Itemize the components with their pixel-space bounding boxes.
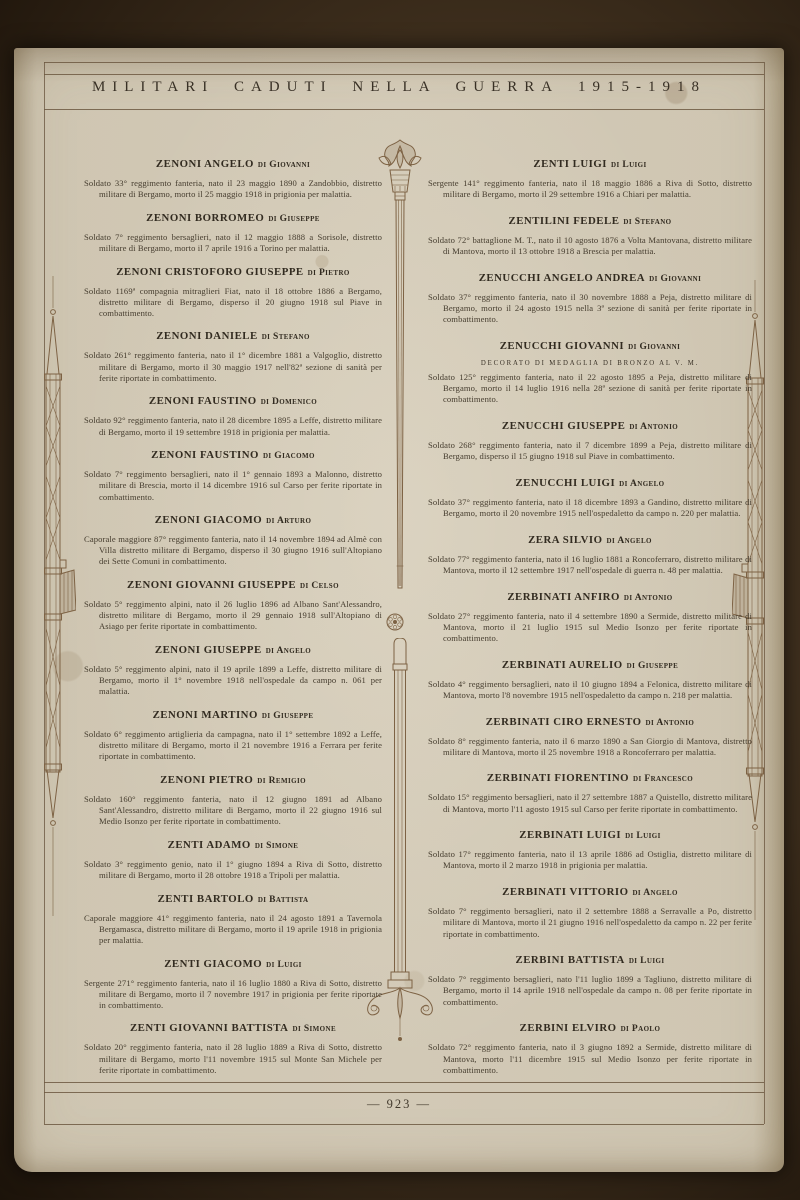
entry-name: ZENUCCHI GIUSEPPE — [502, 420, 625, 432]
entry-father: di Paolo — [621, 1024, 661, 1034]
entry-name: ZENTI GIACOMO — [164, 958, 262, 970]
entry-name: ZERBINATI LUIGI — [519, 829, 621, 841]
casualty-entry: ZERA SILVIO di Angelo Soldato 77° reggim… — [428, 530, 752, 576]
footer-rule-bottom — [44, 1124, 764, 1125]
casualty-entry: ZENUCCHI GIOVANNI di Giovanni DECORATO D… — [428, 336, 752, 406]
entry-father: di Angelo — [266, 646, 311, 656]
casualty-entry: ZENUCCHI LUIGI di Angelo Soldato 37° reg… — [428, 473, 752, 519]
entry-body: Soldato 37° reggimento fanteria, nato il… — [428, 292, 752, 326]
entry-father: di Giovanni — [628, 342, 680, 352]
casualty-entry: ZERBINATI ANFIRO di Antonio Soldato 27° … — [428, 587, 752, 645]
casualty-entry: ZERBINI ELVIRO di Paolo Soldato 72° regg… — [428, 1018, 752, 1076]
entry-body: Soldato 7° reggimento bersaglieri, nato … — [84, 232, 382, 254]
right-column: ZENTI LUIGI di Luigi Sergente 141° reggi… — [428, 154, 752, 1076]
casualty-entry: ZERBINATI AURELIO di Giuseppe Soldato 4°… — [428, 655, 752, 701]
entry-name: ZENTI LUIGI — [533, 158, 607, 170]
casualty-entry: ZENONI FAUSTINO di Domenico Soldato 92° … — [84, 391, 382, 437]
entry-name: ZENTILINI FEDELE — [509, 215, 620, 227]
entry-body: Soldato 4° reggimento bersaglieri, nato … — [428, 679, 752, 701]
entry-name: ZENONI GIOVANNI GIUSEPPE — [127, 579, 296, 591]
entry-heading: ZERBINATI VITTORIO di Angelo — [428, 882, 752, 900]
entry-father: di Luigi — [629, 956, 665, 966]
entry-father: di Giacomo — [263, 451, 315, 461]
entry-father: di Antonio — [624, 593, 673, 603]
casualty-entry: ZENONI MARTINO di Giuseppe Soldato 6° re… — [84, 705, 382, 763]
entry-father: di Celso — [300, 581, 339, 591]
entry-heading: ZERBINI BATTISTA di Luigi — [428, 950, 752, 968]
header-rule-outer — [44, 62, 764, 63]
entry-heading: ZENTI LUIGI di Luigi — [428, 154, 752, 172]
header-rule-inner — [44, 74, 764, 75]
casualty-entry: ZENTI ADAMO di Simone Soldato 3° reggime… — [84, 835, 382, 881]
entry-heading: ZENONI MARTINO di Giuseppe — [84, 705, 382, 723]
entry-father: di Stefano — [623, 217, 671, 227]
entry-heading: ZENTILINI FEDELE di Stefano — [428, 211, 752, 229]
casualty-entry: ZENONI GIOVANNI GIUSEPPE di Celso Soldat… — [84, 575, 382, 633]
entry-body: Caporale maggiore 41° reggimento fanteri… — [84, 913, 382, 947]
entry-body: Soldato 8° reggimento fanteria, nato il … — [428, 736, 752, 758]
entry-body: Caporale maggiore 87° reggimento fanteri… — [84, 534, 382, 568]
entry-father: di Giuseppe — [262, 711, 314, 721]
entry-name: ZENONI FAUSTINO — [149, 395, 257, 407]
casualty-entry: ZENTI BARTOLO di Battista Caporale maggi… — [84, 889, 382, 947]
fasces-left-ornament — [30, 276, 76, 916]
entry-father: di Angelo — [619, 479, 664, 489]
entry-father: di Antonio — [646, 718, 695, 728]
entry-name: ZENUCCHI GIOVANNI — [500, 340, 624, 352]
entry-heading: ZENONI BORROMEO di Giuseppe — [84, 208, 382, 226]
casualty-entry: ZENTILINI FEDELE di Stefano Soldato 72° … — [428, 211, 752, 257]
entry-name: ZERBINATI AURELIO — [502, 659, 623, 671]
entry-name: ZENONI FAUSTINO — [151, 449, 259, 461]
entry-father: di Giovanni — [258, 160, 310, 170]
entry-body: Soldato 3° reggimento genio, nato il 1° … — [84, 859, 382, 881]
entry-father: di Simone — [292, 1024, 336, 1034]
casualty-entry: ZENONI BORROMEO di Giuseppe Soldato 7° r… — [84, 208, 382, 254]
entry-heading: ZENONI PIETRO di Remigio — [84, 770, 382, 788]
entry-heading: ZENUCCHI GIOVANNI di Giovanni — [428, 336, 752, 354]
footer-rule-outer — [44, 1082, 764, 1083]
entry-body: Soldato 77° reggimento fanteria, nato il… — [428, 554, 752, 576]
entry-body: Soldato 7° reggimento bersaglieri, nato … — [428, 906, 752, 940]
entry-body: Sergente 271° reggimento fanteria, nato … — [84, 978, 382, 1012]
casualty-entry: ZENONI GIUSEPPE di Angelo Soldato 5° reg… — [84, 640, 382, 698]
entry-father: di Remigio — [257, 776, 306, 786]
entry-body: Soldato 72° reggimento fanteria, nato il… — [428, 1042, 752, 1076]
entry-heading: ZERBINATI FIORENTINO di Francesco — [428, 768, 752, 786]
entry-body: Soldato 7° reggimento bersaglieri, nato … — [84, 469, 382, 503]
entry-father: di Stefano — [262, 332, 310, 342]
entry-father: di Pietro — [308, 268, 350, 278]
entry-heading: ZENTI GIOVANNI BATTISTA di Simone — [84, 1018, 382, 1036]
entry-body: Soldato 27° reggimento fanteria, nato il… — [428, 611, 752, 645]
casualty-entry: ZENUCCHI GIUSEPPE di Antonio Soldato 268… — [428, 416, 752, 462]
entry-name: ZENUCCHI LUIGI — [515, 477, 615, 489]
entry-body: Soldato 37° reggimento fanteria, nato il… — [428, 497, 752, 519]
entry-body: Soldato 15° reggimento bersaglieri, nato… — [428, 792, 752, 814]
casualty-entry: ZENONI CRISTOFORO GIUSEPPE di Pietro Sol… — [84, 262, 382, 320]
entry-body: Soldato 17° reggimento fanteria, nato il… — [428, 849, 752, 871]
entry-heading: ZERBINATI ANFIRO di Antonio — [428, 587, 752, 605]
left-column: ZENONI ANGELO di Giovanni Soldato 33° re… — [84, 154, 382, 1076]
entry-heading: ZENONI GIACOMO di Arturo — [84, 510, 382, 528]
entry-name: ZENONI BORROMEO — [146, 212, 264, 224]
entry-body: Soldato 5° reggimento alpini, nato il 26… — [84, 599, 382, 633]
rosette-ornament — [385, 612, 405, 632]
entry-name: ZENTI BARTOLO — [158, 893, 254, 905]
entry-body: Soldato 261° reggimento fanteria, nato i… — [84, 350, 382, 384]
entry-heading: ZERBINATI AURELIO di Giuseppe — [428, 655, 752, 673]
entry-father: di Antonio — [629, 422, 678, 432]
entry-father: di Giuseppe — [627, 661, 679, 671]
entry-father: di Luigi — [625, 831, 661, 841]
entry-name: ZENUCCHI ANGELO ANDREA — [479, 272, 645, 284]
casualty-entry: ZENONI FAUSTINO di Giacomo Soldato 7° re… — [84, 445, 382, 503]
entry-heading: ZENONI ANGELO di Giovanni — [84, 154, 382, 172]
entry-heading: ZERA SILVIO di Angelo — [428, 530, 752, 548]
entry-name: ZERBINI BATTISTA — [516, 954, 625, 966]
entry-name: ZERBINATI VITTORIO — [502, 886, 628, 898]
entry-body: Sergente 141° reggimento fanteria, nato … — [428, 178, 752, 200]
casualty-entry: ZENTI GIOVANNI BATTISTA di Simone Soldat… — [84, 1018, 382, 1076]
entry-decoration-note: DECORATO DI MEDAGLIA DI BRONZO AL V. M. — [428, 360, 752, 367]
entry-body: Soldato 5° reggimento alpini, nato il 19… — [84, 664, 382, 698]
entry-heading: ZENTI GIACOMO di Luigi — [84, 954, 382, 972]
casualty-entry: ZERBINATI LUIGI di Luigi Soldato 17° reg… — [428, 825, 752, 871]
casualty-entry: ZENTI GIACOMO di Luigi Sergente 271° reg… — [84, 954, 382, 1012]
entry-name: ZENTI ADAMO — [168, 839, 251, 851]
entry-heading: ZENONI GIUSEPPE di Angelo — [84, 640, 382, 658]
entry-name: ZENONI MARTINO — [153, 709, 258, 721]
entry-body: Soldato 72° battaglione M. T., nato il 1… — [428, 235, 752, 257]
entry-heading: ZENONI GIOVANNI GIUSEPPE di Celso — [84, 575, 382, 593]
entry-heading: ZENONI FAUSTINO di Domenico — [84, 391, 382, 409]
entry-name: ZENONI GIUSEPPE — [155, 644, 262, 656]
casualty-entry: ZENONI ANGELO di Giovanni Soldato 33° re… — [84, 154, 382, 200]
entry-father: di Simone — [255, 841, 299, 851]
entry-name: ZERBINATI ANFIRO — [507, 591, 620, 603]
entry-name: ZERBINI ELVIRO — [520, 1022, 617, 1034]
entry-name: ZENONI DANIELE — [156, 330, 258, 342]
entry-heading: ZERBINATI LUIGI di Luigi — [428, 825, 752, 843]
entry-name: ZENONI CRISTOFORO GIUSEPPE — [116, 266, 303, 278]
entry-body: Soldato 33° reggimento fanteria, nato il… — [84, 178, 382, 200]
entry-name: ZERBINATI FIORENTINO — [487, 772, 629, 784]
casualty-entry: ZERBINATI VITTORIO di Angelo Soldato 7° … — [428, 882, 752, 940]
casualty-entry: ZENONI GIACOMO di Arturo Caporale maggio… — [84, 510, 382, 568]
casualty-entry: ZENONI DANIELE di Stefano Soldato 261° r… — [84, 326, 382, 384]
entry-name: ZENONI ANGELO — [156, 158, 254, 170]
page-number: — 923 — — [14, 1097, 784, 1112]
entry-name: ZENTI GIOVANNI BATTISTA — [130, 1022, 289, 1034]
entry-heading: ZENONI FAUSTINO di Giacomo — [84, 445, 382, 463]
entry-name: ZENONI GIACOMO — [155, 514, 262, 526]
entry-heading: ZENONI CRISTOFORO GIUSEPPE di Pietro — [84, 262, 382, 280]
entry-father: di Angelo — [607, 536, 652, 546]
entry-name: ZENONI PIETRO — [160, 774, 253, 786]
entry-body: Soldato 268° reggimento fanteria, nato i… — [428, 440, 752, 462]
entry-father: di Angelo — [632, 888, 677, 898]
entry-body: Soldato 160° reggimento fanteria, nato i… — [84, 794, 382, 828]
entry-father: di Giuseppe — [268, 214, 320, 224]
entry-heading: ZENUCCHI ANGELO ANDREA di Giovanni — [428, 268, 752, 286]
entry-heading: ZERBINI ELVIRO di Paolo — [428, 1018, 752, 1036]
entry-father: di Arturo — [266, 516, 311, 526]
entry-father: di Giovanni — [649, 274, 701, 284]
casualty-entry: ZERBINATI FIORENTINO di Francesco Soldat… — [428, 768, 752, 814]
entry-father: di Battista — [258, 895, 309, 905]
entry-father: di Luigi — [266, 960, 302, 970]
entry-body: Soldato 1169ª compagnia mitraglieri Fiat… — [84, 286, 382, 320]
casualty-entry: ZERBINATI CIRO ERNESTO di Antonio Soldat… — [428, 712, 752, 758]
entry-body: Soldato 6° reggimento artiglieria da cam… — [84, 729, 382, 763]
entry-heading: ZENTI ADAMO di Simone — [84, 835, 382, 853]
page-title: MILITARI CADUTI NELLA GUERRA 1915-1918 — [14, 79, 784, 96]
casualty-entry: ZENTI LUIGI di Luigi Sergente 141° reggi… — [428, 154, 752, 200]
entry-body: Soldato 125° reggimento fanteria, nato i… — [428, 372, 752, 406]
book-page: MILITARI CADUTI NELLA GUERRA 1915-1918 — [14, 48, 784, 1172]
entry-father: di Francesco — [633, 774, 693, 784]
entry-heading: ZENTI BARTOLO di Battista — [84, 889, 382, 907]
entry-heading: ZENUCCHI GIUSEPPE di Antonio — [428, 416, 752, 434]
entry-heading: ZENUCCHI LUIGI di Angelo — [428, 473, 752, 491]
casualty-entry: ZENONI PIETRO di Remigio Soldato 160° re… — [84, 770, 382, 828]
casualty-entry: ZENUCCHI ANGELO ANDREA di Giovanni Solda… — [428, 268, 752, 326]
entry-body: Soldato 92° reggimento fanteria, nato il… — [84, 415, 382, 437]
entry-heading: ZERBINATI CIRO ERNESTO di Antonio — [428, 712, 752, 730]
header-rule-under-title — [44, 109, 764, 110]
casualty-entry: ZERBINI BATTISTA di Luigi Soldato 7° reg… — [428, 950, 752, 1008]
entry-heading: ZENONI DANIELE di Stefano — [84, 326, 382, 344]
entry-body: Soldato 7° reggimento bersaglieri, nato … — [428, 974, 752, 1008]
entry-name: ZERA SILVIO — [528, 534, 602, 546]
entry-father: di Luigi — [611, 160, 647, 170]
entry-body: Soldato 20° reggimento fanteria, nato il… — [84, 1042, 382, 1076]
entry-father: di Domenico — [261, 397, 317, 407]
footer-rule-inner — [44, 1092, 764, 1093]
entry-name: ZERBINATI CIRO ERNESTO — [486, 716, 642, 728]
